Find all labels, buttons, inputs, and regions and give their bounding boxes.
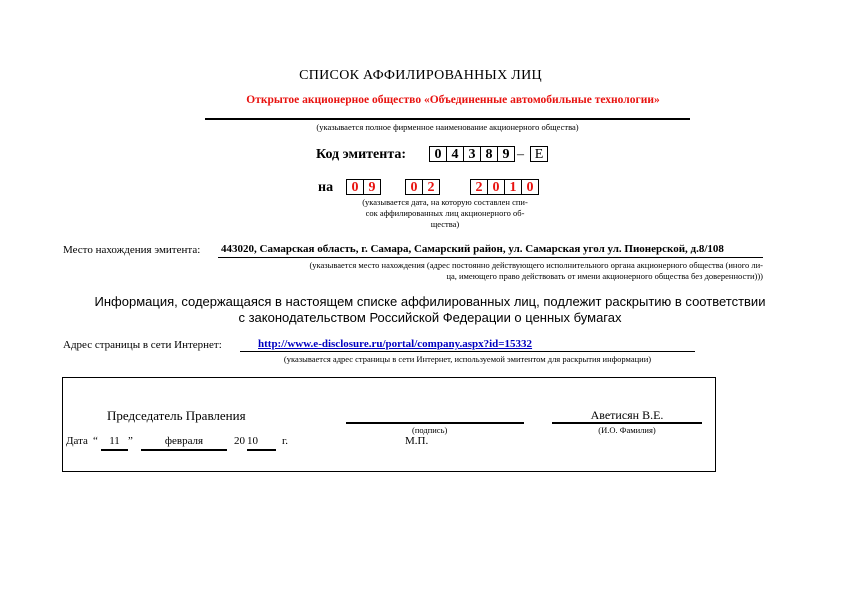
- issuer-code-digit: 4: [446, 146, 464, 162]
- location-hint-line: (указывается место нахождения (адрес пос…: [218, 260, 763, 271]
- disclosure-text: Информация, содержащаяся в настоящем спи…: [60, 294, 800, 326]
- sign-year-line: [247, 449, 276, 451]
- date-hint-line: (указывается дата, на которую составлен …: [340, 197, 550, 208]
- company-underline: [205, 118, 690, 120]
- signer-name-line: [552, 422, 702, 424]
- disclosure-line: с законодательством Российской Федерации…: [60, 310, 800, 326]
- issuer-code-dash: –: [517, 147, 524, 163]
- web-hint: (указывается адрес страницы в сети Интер…: [240, 354, 695, 364]
- web-label: Адрес страницы в сети Интернет:: [63, 339, 222, 351]
- location-label: Место нахождения эмитента:: [63, 244, 200, 256]
- sign-year-prefix: 20: [234, 435, 245, 447]
- stamp-place: М.П.: [405, 435, 428, 447]
- location-hint-line: ца, имеющего право действовать от имени …: [218, 271, 763, 282]
- date-day: 0 9: [347, 179, 381, 195]
- date-day-digit: 0: [346, 179, 364, 195]
- sign-month: февраля: [141, 435, 227, 447]
- issuer-code-digit: 8: [480, 146, 498, 162]
- date-day-digit: 9: [363, 179, 381, 195]
- date-month-digit: 0: [405, 179, 423, 195]
- signer-position: Председатель Правления: [107, 408, 246, 424]
- signer-name: Аветисян В.Е.: [552, 408, 702, 423]
- location-underline: [218, 257, 763, 258]
- date-hint: (указывается дата, на которую составлен …: [340, 197, 550, 230]
- date-year-digit: 0: [487, 179, 505, 195]
- signer-name-hint: (И.О. Фамилия): [552, 425, 702, 435]
- date-year-digit: 0: [521, 179, 539, 195]
- date-year-digit: 1: [504, 179, 522, 195]
- sign-year-word: г.: [282, 435, 288, 447]
- location-value: 443020, Самарская область, г. Самара, Са…: [221, 243, 724, 255]
- issuer-code-digit: 0: [429, 146, 447, 162]
- date-year: 2 0 1 0: [471, 179, 539, 195]
- company-name: Открытое акционерное общество «Объединен…: [0, 94, 841, 106]
- date-year-digit: 2: [470, 179, 488, 195]
- signature-hint: (подпись): [412, 425, 447, 435]
- web-url-link[interactable]: http://www.e-disclosure.ru/portal/compan…: [258, 338, 532, 350]
- sign-year-suffix: 10: [247, 435, 258, 447]
- date-hint-line: щества): [340, 219, 550, 230]
- company-hint: (указывается полное фирменное наименован…: [205, 122, 690, 132]
- issuer-code-digit: 3: [463, 146, 481, 162]
- sign-day: 11: [101, 435, 128, 447]
- date-hint-line: сок аффилированных лиц акционерного об-: [340, 208, 550, 219]
- issuer-code-label: Код эмитента:: [316, 147, 406, 163]
- date-month-digit: 2: [422, 179, 440, 195]
- location-hint: (указывается место нахождения (адрес пос…: [218, 260, 763, 282]
- issuer-code-suffix-letter: E: [530, 146, 548, 162]
- web-underline: [240, 351, 695, 352]
- open-quote: “: [93, 435, 98, 447]
- date-month: 0 2: [406, 179, 440, 195]
- issuer-code-suffix: E: [531, 146, 548, 162]
- disclosure-line: Информация, содержащаяся в настоящем спи…: [60, 294, 800, 310]
- close-quote: ”: [128, 435, 133, 447]
- sign-month-line: [141, 449, 227, 451]
- issuer-code-digits: 0 4 3 8 9: [430, 146, 515, 162]
- date-label: на: [318, 180, 333, 196]
- page-title: СПИСОК АФФИЛИРОВАННЫХ ЛИЦ: [0, 68, 841, 84]
- sign-day-line: [101, 449, 128, 451]
- issuer-code-digit: 9: [497, 146, 515, 162]
- signature-line[interactable]: [346, 422, 524, 424]
- sign-date-label: Дата: [66, 435, 88, 447]
